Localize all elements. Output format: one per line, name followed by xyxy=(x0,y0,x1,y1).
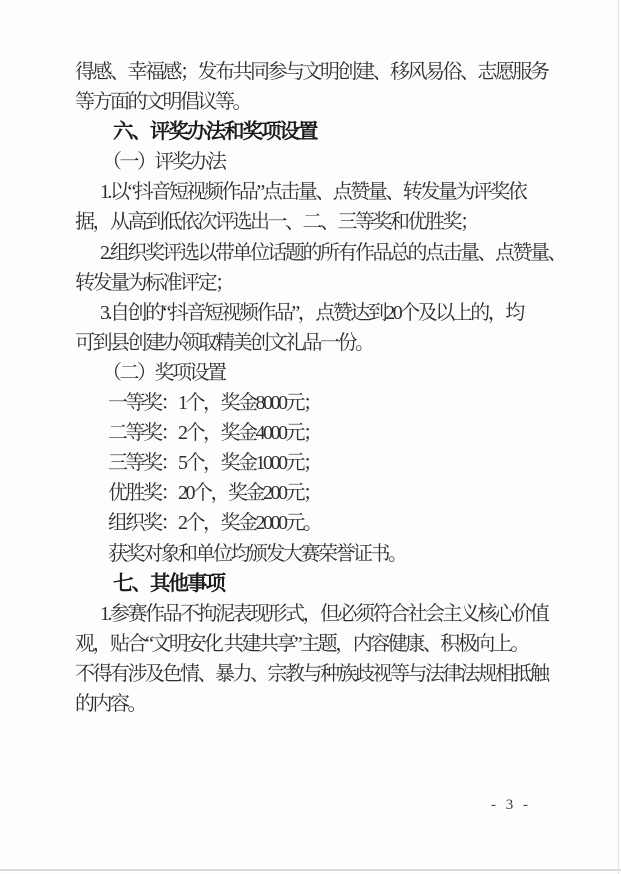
text-line: 三等奖：5个，奖金1000元； xyxy=(75,448,575,478)
text-line: （二）奖项设置 xyxy=(75,358,575,388)
text-line: 2.组织奖评选以带单位话题的所有作品总的点击量、点赞量、 xyxy=(75,238,575,268)
text-line: 六、评奖办法和奖项设置 xyxy=(75,117,575,147)
text-line: 等方面的文明倡议等。 xyxy=(75,87,575,117)
scanned-document-page: 得感、幸福感；发布共同参与文明创建、移风易俗、志愿服务等方面的文明倡议等。六、评… xyxy=(0,0,621,874)
text-line: 二等奖：2个，奖金4000元； xyxy=(75,418,575,448)
text-line: （一）评奖办法 xyxy=(75,147,575,177)
text-line: 得感、幸福感；发布共同参与文明创建、移风易俗、志愿服务 xyxy=(75,57,575,87)
text-line: 观，贴合“文明安化 共建共享”主题，内容健康、积极向上。 xyxy=(75,629,575,659)
text-line: 优胜奖：20个，奖金200元； xyxy=(75,478,575,508)
text-line: 一等奖：1个，奖金8000元； xyxy=(75,388,575,418)
document-lines: 得感、幸福感；发布共同参与文明创建、移风易俗、志愿服务等方面的文明倡议等。六、评… xyxy=(75,57,575,719)
text-line: 的内容。 xyxy=(75,689,575,719)
text-line: 3.自创的“抖音短视频作品”，点赞达到20个及以上的，均 xyxy=(75,298,575,328)
scan-edge-bottom xyxy=(0,869,621,871)
text-line: 不得有涉及色情、暴力、宗教与种族歧视等与法律法规相抵触 xyxy=(75,659,575,689)
scan-edge-right xyxy=(618,0,619,874)
text-line: 可到县创建办领取精美创文礼品一份。 xyxy=(75,328,575,358)
text-line: 获奖对象和单位均颁发大赛荣誉证书。 xyxy=(75,539,575,569)
text-line: 1.参赛作品不拘泥表现形式，但必须符合社会主义核心价值 xyxy=(75,599,575,629)
text-line: 1.以“抖音短视频作品”点击量、点赞量、转发量为评奖依 xyxy=(75,177,575,207)
text-line: 转发量为标准评定； xyxy=(75,268,575,298)
page-number: - 3 - xyxy=(491,797,531,814)
text-line: 据，从高到低依次评选出一、二、三等奖和优胜奖； xyxy=(75,207,575,237)
text-line: 组织奖：2个，奖金2000元。 xyxy=(75,508,575,538)
text-line: 七、其他事项 xyxy=(75,569,575,599)
